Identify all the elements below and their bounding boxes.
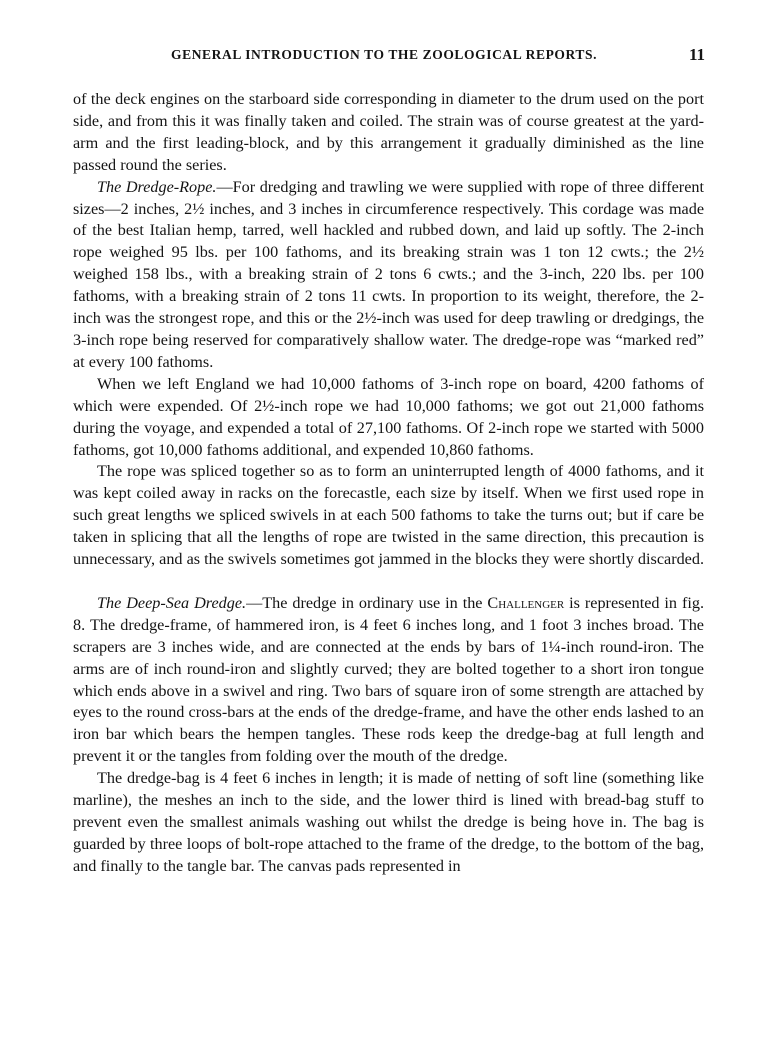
paragraph-text: When we left England we had 10,000 fatho… (73, 375, 704, 459)
section-lead-dredge-rope: The Dredge-Rope. (97, 178, 216, 196)
paragraph-text: —The dredge in ordinary use in the (246, 594, 487, 612)
paragraph-text: —For dredging and trawling we were suppl… (73, 178, 704, 371)
paragraph-rope-splicing: The rope was spliced together so as to f… (73, 461, 704, 571)
paragraph-rope-quantities: When we left England we had 10,000 fatho… (73, 374, 704, 462)
running-title: General Introduction to the Zoological R… (171, 47, 597, 63)
body-text: of the deck engines on the starboard sid… (73, 89, 704, 878)
paragraph-deck-engines: of the deck engines on the starboard sid… (73, 89, 704, 177)
paragraph-text: of the deck engines on the starboard sid… (73, 90, 704, 174)
paragraph-dredge-bag: The dredge-bag is 4 feet 6 inches in len… (73, 768, 704, 878)
paragraph-deep-sea-dredge: The Deep-Sea Dredge.—The dredge in ordin… (73, 593, 704, 768)
paragraph-text: The rope was spliced together so as to f… (73, 462, 704, 568)
page-number: 11 (689, 45, 705, 65)
paragraph-text: is represented in fig. 8. The dredge-fra… (73, 594, 704, 765)
section-lead-deep-sea-dredge: The Deep-Sea Dredge. (97, 594, 246, 612)
page-header: General Introduction to the Zoological R… (73, 47, 705, 71)
ship-name: Challenger (487, 594, 564, 612)
paragraph-dredge-rope: The Dredge-Rope.—For dredging and trawli… (73, 177, 704, 374)
paragraph-text: The dredge-bag is 4 feet 6 inches in len… (73, 769, 704, 875)
